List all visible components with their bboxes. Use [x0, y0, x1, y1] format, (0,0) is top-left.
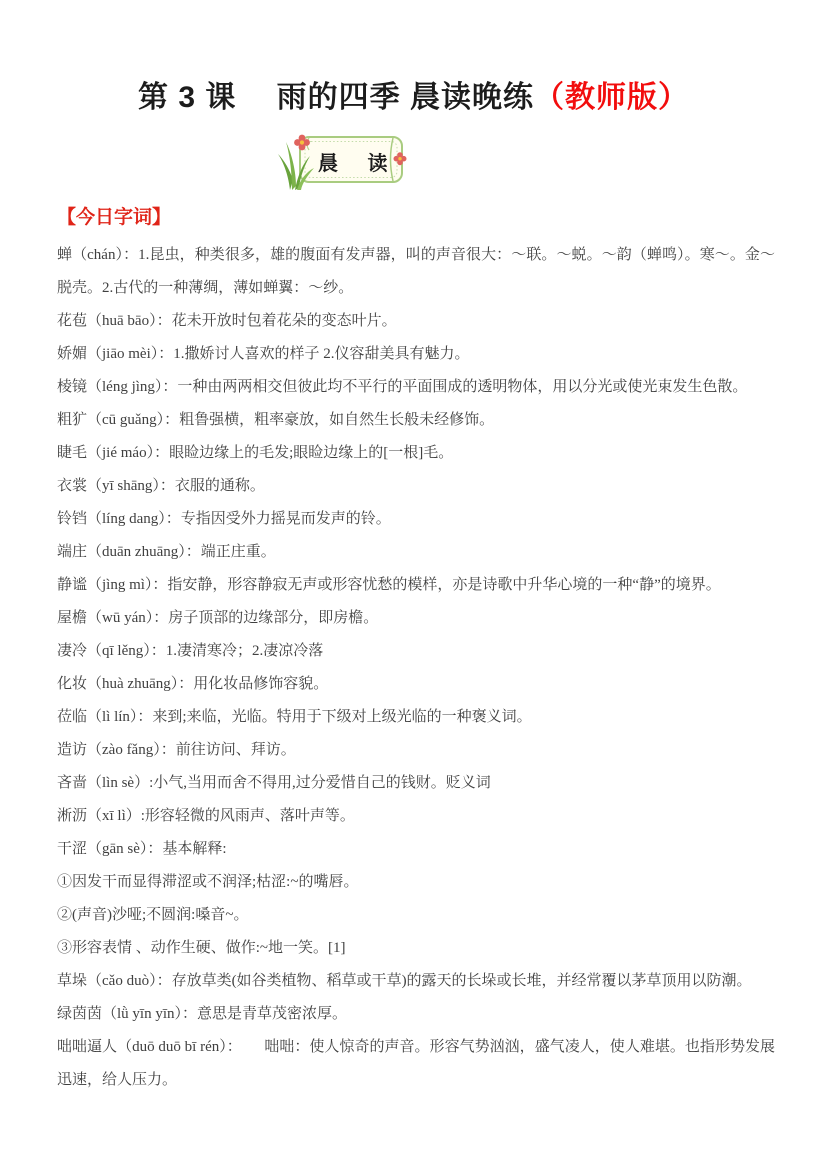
word-entry: 花苞（huā bāo）：花未开放时包着花朵的变态叶片。 [57, 305, 775, 338]
word-entry: ③形容表情 、动作生硬、做作:~地一笑。[1] [57, 932, 775, 965]
word-entry: 蝉（chán）：1.昆虫，种类很多，雄的腹面有发声器，叫的声音很大：～联。～蜕。… [57, 239, 775, 305]
page-title-main: 第 3 课 雨的四季 晨读晚练 [138, 81, 534, 114]
word-entry: 草垛（cǎo duò）：存放草类(如谷类植物、稻草或干草)的露天的长垛或长堆，并… [57, 965, 775, 998]
document-page: 第 3 课 雨的四季 晨读晚练（教师版） [0, 0, 827, 1169]
word-entry: 棱镜（léng jìng）：一种由两两相交但彼此均不平行的平面围成的透明物体，用… [57, 371, 775, 404]
word-entry-list: 蝉（chán）：1.昆虫，种类很多，雄的腹面有发声器，叫的声音很大：～联。～蜕。… [57, 239, 775, 1097]
word-entry: 屋檐（wū yán）：房子顶部的边缘部分，即房檐。 [57, 602, 775, 635]
word-entry: 淅沥（xī lì）:形容轻微的风雨声、落叶声等。 [57, 800, 775, 833]
page-title-edition-tag: （教师版） [534, 81, 689, 114]
word-entry: ①因发干而显得滞涩或不润泽;枯涩:~的嘴唇。 [57, 866, 775, 899]
word-entry: 莅临（lì lín）：来到;来临，光临。特用于下级对上级光临的一种褒义词。 [57, 701, 775, 734]
word-entry: 端庄（duān zhuāng）：端正庄重。 [57, 536, 775, 569]
word-entry: 静谧（jìng mì）：指安静，形容静寂无声或形容忧愁的模样，亦是诗歌中升华心境… [57, 569, 775, 602]
word-entry: 干涩（gān sè）：基本解释: [57, 833, 775, 866]
word-entry: 吝啬（lìn sè）:小气,当用而舍不得用,过分爱惜自己的钱财。贬义词 [57, 767, 775, 800]
word-entry: 化妆（huà zhuāng）：用化妆品修饰容貌。 [57, 668, 775, 701]
morning-reading-banner: 晨 读 [276, 130, 416, 192]
word-entry: 造访（zào fǎng）：前往访问、拜访。 [57, 734, 775, 767]
word-entry: 睫毛（jié máo）：眼睑边缘上的毛发;眼睑边缘上的[一根]毛。 [57, 437, 775, 470]
page-title: 第 3 课 雨的四季 晨读晚练（教师版） [0, 0, 827, 116]
word-entry: 咄咄逼人（duō duō bī rén）： 咄咄：使人惊奇的声音。形容气势汹汹，… [57, 1031, 775, 1097]
banner-label: 晨 读 [318, 147, 400, 176]
word-entry: 铃铛（líng dang）：专指因受外力摇晃而发声的铃。 [57, 503, 775, 536]
word-entry: 粗犷（cū guǎng）：粗鲁强横，粗率豪放，如自然生长般未经修饰。 [57, 404, 775, 437]
word-entry: ②(声音)沙哑;不圆润:嗓音~。 [57, 899, 775, 932]
word-entry: 绿茵茵（lǜ yīn yīn）：意思是青草茂密浓厚。 [57, 998, 775, 1031]
word-entry: 凄冷（qī lěng）：1.凄清寒冷；2.凄凉冷落 [57, 635, 775, 668]
word-entry: 娇媚（jiāo mèi）：1.撒娇讨人喜欢的样子 2.仪容甜美具有魅力。 [57, 338, 775, 371]
word-entry: 衣裳（yī shāng）：衣服的通称。 [57, 470, 775, 503]
section-heading-todays-words: 【今日字词】 [57, 202, 827, 229]
